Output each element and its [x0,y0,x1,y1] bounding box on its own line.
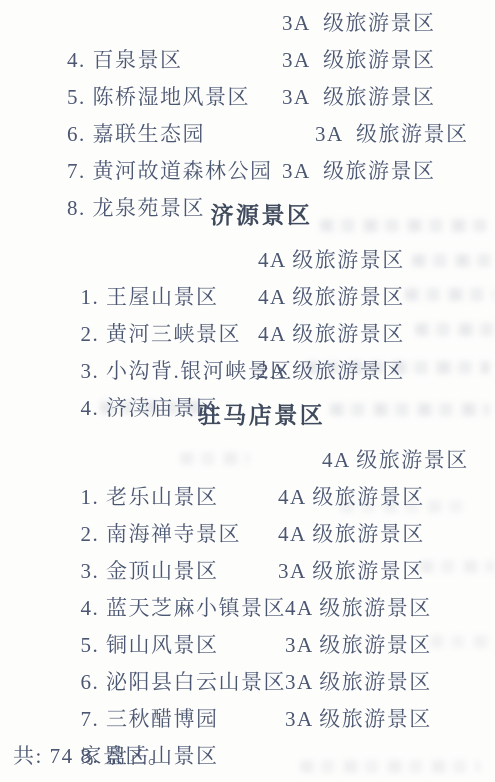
scenic-area-rating: 4A 级旅游景区 [258,316,405,353]
scenic-area-rating: 3A 级旅游景区 [315,116,469,153]
document-content: 4. 百泉景区 3A 级旅游景区 5. 陈桥湿地风景区 3A 级旅游景区 6. … [0,0,495,775]
list-item: 3. 金顶山景区 4A 级旅游景区 [0,516,495,553]
list-item: 2. 南海禅寺景区 4A 级旅游景区 [0,479,495,516]
list-item: 8. 盘古山景区 3A 级旅游景区 [0,701,495,738]
list-item: 1. 王屋山景区 4A 级旅游景区 [0,242,495,279]
list-item: 1. 老乐山景区 4A 级旅游景区 [0,442,495,479]
scenic-area-rating: 4A 级旅游景区 [285,590,432,627]
document-page: 4. 百泉景区 3A 级旅游景区 5. 陈桥湿地风景区 3A 级旅游景区 6. … [0,0,495,782]
scenic-area-rating: 3A 级旅游景区 [285,627,432,664]
scenic-area-section: 4. 百泉景区 3A 级旅游景区 5. 陈桥湿地风景区 3A 级旅游景区 6. … [0,5,495,190]
list-item: 5. 陈桥湿地风景区 3A 级旅游景区 [0,42,495,79]
list-item: 4. 百泉景区 3A 级旅游景区 [0,5,495,42]
scenic-area-rating: 3A 级旅游景区 [282,79,436,116]
scenic-area-rating: 4A 级旅游景区 [278,479,425,516]
list-item: 3. 小沟背.银河峡景区 4A 级旅游景区 [0,316,495,353]
list-item: 7. 黄河故道森林公园 3A 级旅游景区 [0,116,495,153]
list-item: 7. 三秋醋博园 3A 级旅游景区 [0,664,495,701]
scenic-area-name: 8. 龙泉苑景区 [67,190,205,227]
scenic-area-rating: 3A 级旅游景区 [282,42,436,79]
scenic-area-rating: 3A 级旅游景区 [278,553,425,590]
list-item: 4. 蓝天芝麻小镇景区 3A 级旅游景区 [0,553,495,590]
scenic-area-section: 济源景区 1. 王屋山景区 4A 级旅游景区 2. 黄河三峡景区 4A 级旅游景… [0,200,495,390]
scenic-area-rating: 3A 级旅游景区 [285,664,432,701]
list-item: 4. 济渎庙景区 2A 级旅游景区 [0,353,495,390]
scenic-area-rating: 4A 级旅游景区 [258,279,405,316]
scenic-area-rating: 4A 级旅游景区 [322,442,469,479]
scenic-area-rating: 2A 级旅游景区 [258,353,405,390]
list-item: 6. 嘉联生态园 3A 级旅游景区 [0,79,495,116]
scenic-area-name: 8. 盘古山景区 [81,738,219,775]
list-item: 6. 泌阳县白云山景区 3A 级旅游景区 [0,627,495,664]
scenic-area-rating: 3A 级旅游景区 [285,701,432,738]
list-item: 2. 黄河三峡景区 4A 级旅游景区 [0,279,495,316]
scenic-area-rating: 4A 级旅游景区 [278,516,425,553]
list-item: 8. 龙泉苑景区 3A 级旅游景区 [0,153,495,190]
scenic-area-rating: 3A 级旅游景区 [282,5,436,42]
scenic-area-name: 4. 济渎庙景区 [81,390,219,427]
scenic-area-rating: 3A 级旅游景区 [282,153,436,190]
scenic-area-rating: 4A 级旅游景区 [258,242,405,279]
list-item: 5. 铜山风景区 4A 级旅游景区 [0,590,495,627]
scenic-area-section: 驻马店景区 1. 老乐山景区 4A 级旅游景区 2. 南海禅寺景区 4A 级旅游… [0,400,495,738]
